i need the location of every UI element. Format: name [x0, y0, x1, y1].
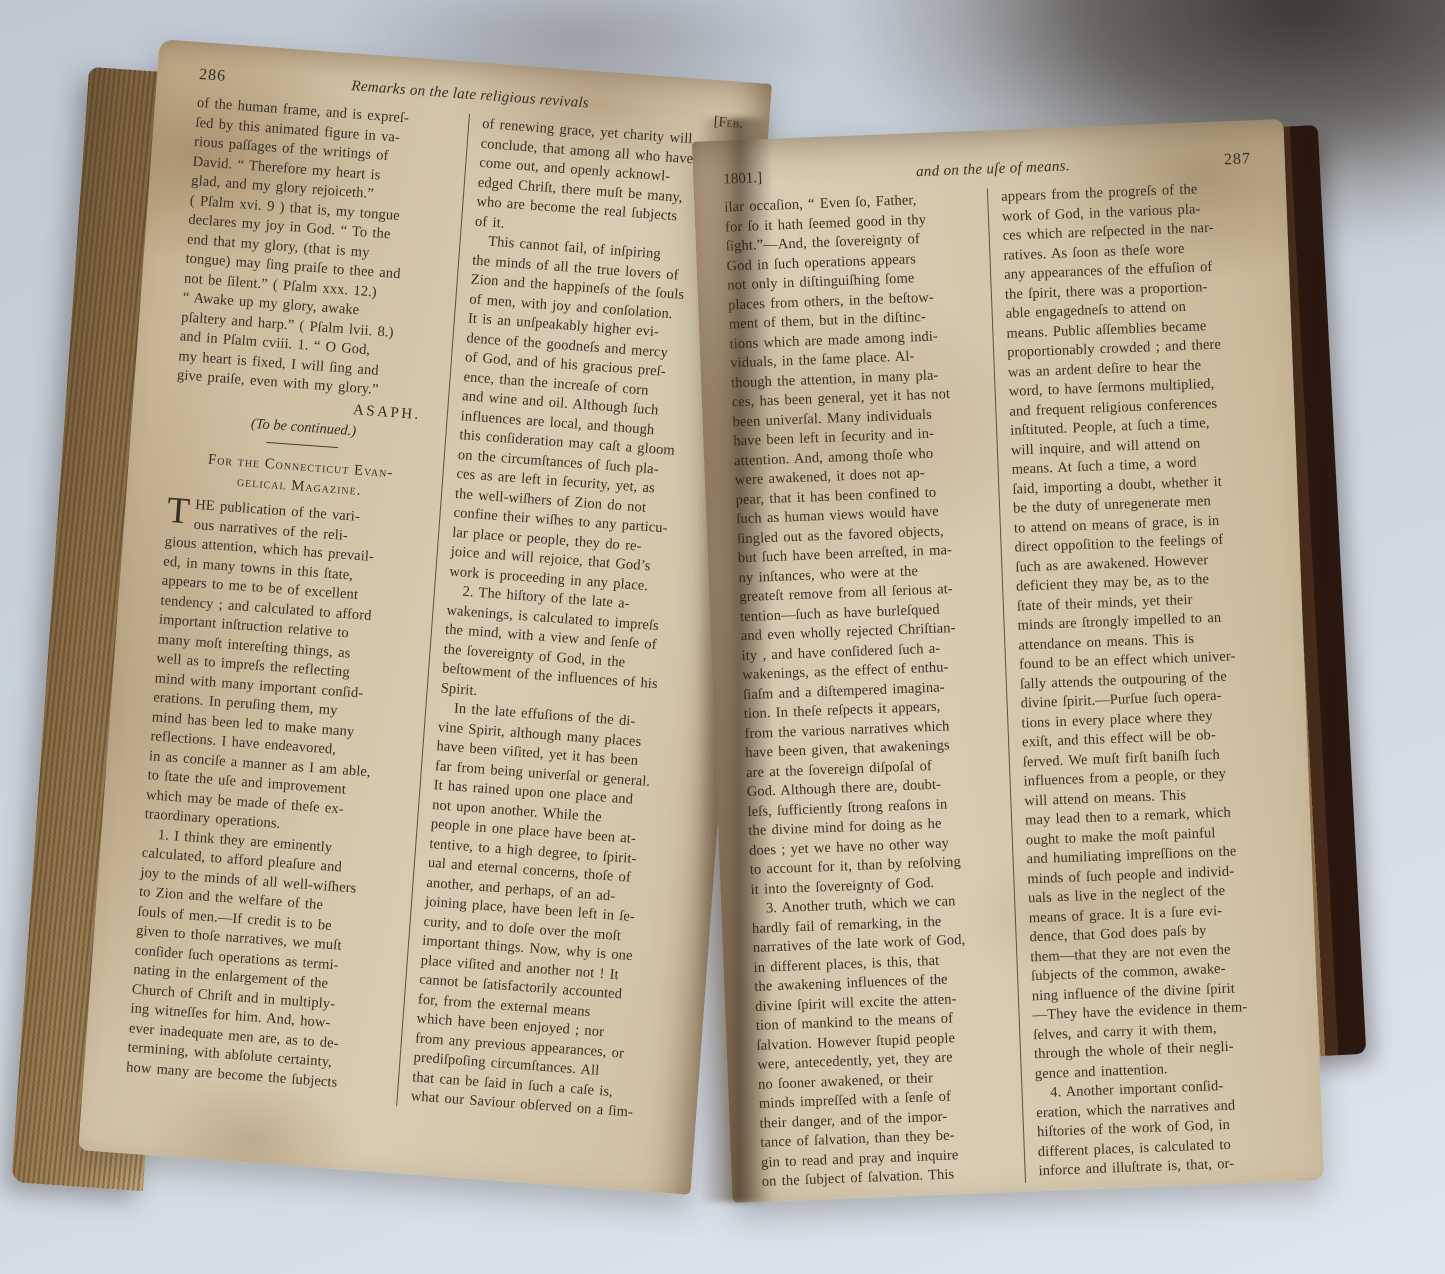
section-divider-rule [266, 442, 338, 448]
right-page-number: 287 [1224, 150, 1252, 169]
left-page-number: 286 [198, 66, 226, 86]
left-column-2-text: of renewing grace, yet charity will conc… [410, 115, 742, 1126]
right-page-column-2: appears from the progreſs of the work of… [987, 178, 1290, 1182]
issue-date-mark: [Feb. [713, 114, 743, 133]
psalms-passage-text: of the human frame, and is expreſ- ſed b… [176, 94, 457, 405]
right-page-column-1: ilar occaſion, “ Even ſo, Father, for ſo… [724, 189, 1013, 1192]
right-page: 1801.] and on the uſe of means. 287 ilar… [692, 119, 1324, 1203]
year-mark: 1801.] [723, 170, 762, 188]
right-column-2-text: appears from the progreſs of the work of… [1001, 178, 1290, 1181]
right-column-1-text: ilar occaſion, “ Even ſo, Father, for ſo… [724, 189, 1013, 1192]
left-page-column-2: of renewing grace, yet charity will conc… [396, 114, 742, 1126]
open-book: 286 Remarks on the late religious reviva… [0, 0, 1445, 1274]
article-opening-text: THE publication of the vari- ous narrati… [125, 494, 427, 1096]
book-photo: { "palette": { "background": "#c9d2dc", … [0, 0, 1445, 1274]
left-page: 286 Remarks on the late religious reviva… [78, 39, 772, 1195]
